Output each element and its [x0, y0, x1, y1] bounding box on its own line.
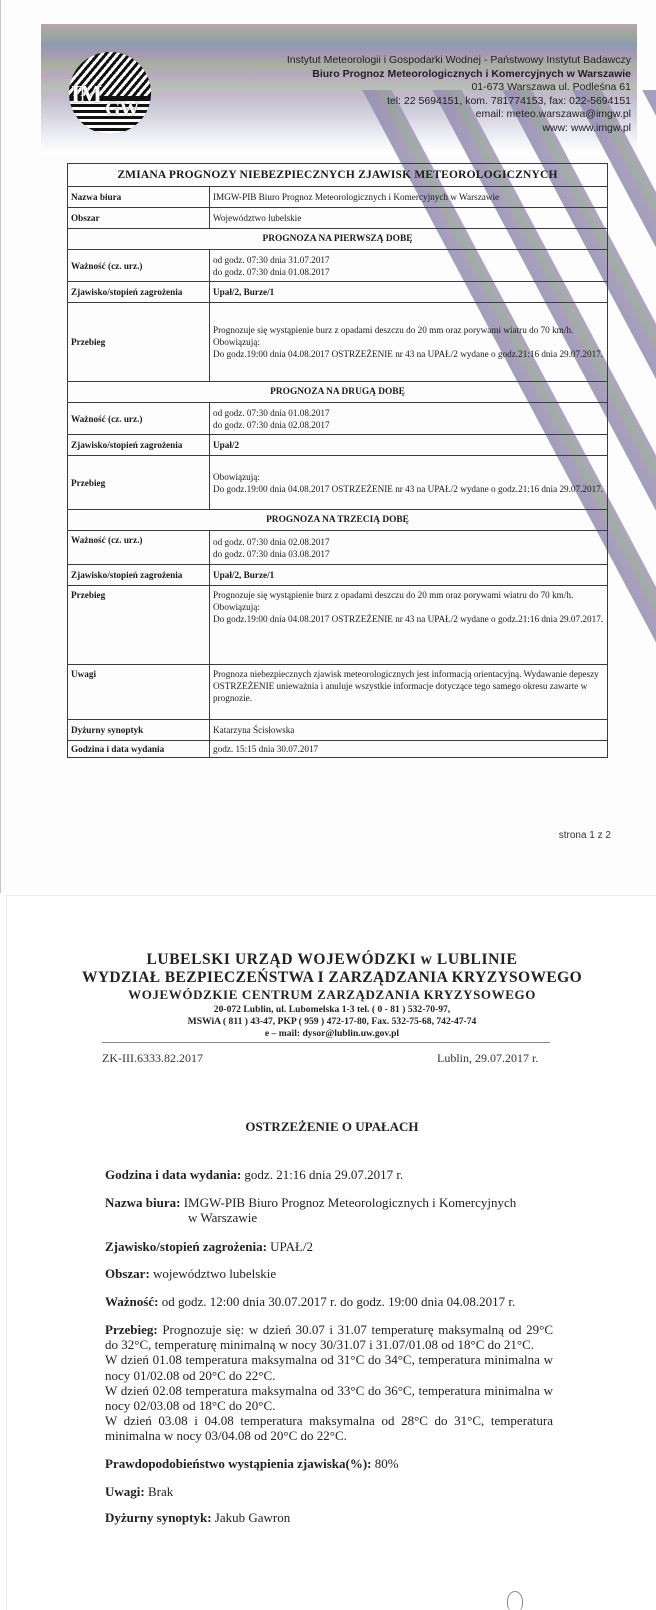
- field-course: Przebieg: Prognozuje się: w dzień 30.07 …: [105, 1322, 553, 1444]
- letterhead-line-1: LUBELSKI URZĄD WOJEWÓDZKI w LUBLINIE: [7, 951, 656, 969]
- day1-validity-to: do godz. 07:30 dnia 01.08.2017: [213, 266, 604, 278]
- office-value: IMGW-PIB Biuro Prognoz Meteorologicznych…: [210, 187, 608, 208]
- issued-label: Godzina i data wydania:: [105, 1167, 241, 1182]
- signature-mark: [507, 1591, 523, 1610]
- day3-validity-value: od godz. 07:30 dnia 02.08.2017 do godz. …: [210, 531, 608, 565]
- letterhead-divider: [102, 1042, 550, 1043]
- course-first: Prognozuje się: w dzień 30.07 i 31.07 te…: [105, 1322, 553, 1352]
- remarks-label: Uwagi:: [105, 1484, 145, 1499]
- day1-course-value: Prognozuje się wystąpienie burz z opadam…: [210, 303, 608, 382]
- day1-course-line: Do godz.19:00 dnia 04.08.2017 OSTRZEŻENI…: [213, 348, 604, 360]
- area-label: Obszar: [68, 208, 210, 229]
- day2-course-line: Do godz.19:00 dnia 04.08.2017 OSTRZEŻENI…: [213, 483, 604, 495]
- issued-value: godz. 21:16 dnia 29.07.2017 r.: [244, 1167, 403, 1182]
- letterhead-address: 20-072 Lublin, ul. Lubomelska 1-3 tel. (…: [7, 1004, 656, 1015]
- remarks-value: Prognoza niebezpiecznych zjawisk meteoro…: [210, 665, 608, 720]
- area-value: Województwo lubelskie: [210, 208, 608, 229]
- area-label: Obszar:: [105, 1266, 150, 1281]
- table-title: ZMIANA PROGNOZY NIEBEZPIECZNYCH ZJAWISK …: [68, 164, 608, 187]
- reference-number: ZK-III.6333.82.2017: [102, 1051, 203, 1066]
- remarks-label: Uwagi: [68, 665, 210, 720]
- probability-value: 80%: [375, 1456, 399, 1471]
- field-office: Nazwa biura: IMGW-PIB Biuro Prognoz Mete…: [105, 1195, 553, 1225]
- day3-course-value: Prognozuje się wystąpienie burz z opadam…: [210, 586, 608, 665]
- course-line: W dzień 03.08 i 04.08 temperatura maksym…: [105, 1413, 553, 1443]
- day2-validity-from: od godz. 07:30 dnia 01.08.2017: [213, 407, 604, 419]
- logo-text-im: IM: [71, 82, 101, 109]
- day1-course-line: Obowiązują:: [213, 336, 604, 348]
- forecaster-label: Dyżurny synoptyk: [68, 720, 210, 741]
- day2-validity-value: od godz. 07:30 dnia 01.08.2017 do godz. …: [210, 403, 608, 435]
- field-phenomenon: Zjawisko/stopień zagrożenia: UPAŁ/2: [105, 1239, 553, 1254]
- office-value-1: IMGW-PIB Biuro Prognoz Meteorologicznych…: [184, 1195, 517, 1210]
- forecaster-value: Jakub Gawron: [215, 1510, 290, 1525]
- field-issued: Godzina i data wydania: godz. 21:16 dnia…: [105, 1167, 553, 1182]
- day1-course-label: Przebieg: [68, 303, 210, 382]
- probability-label: Prawdopodobieństwo wystąpienia zjawiska(…: [105, 1456, 372, 1471]
- institute-address: 01-673 Warszawa ul. Podleśna 61: [287, 81, 631, 95]
- office-value-2: w Warszawie: [105, 1210, 553, 1225]
- forecaster-value: Katarzyna Ścisłowska: [210, 720, 608, 741]
- day3-validity-from: od godz. 07:30 dnia 02.08.2017: [213, 536, 604, 548]
- day1-phenomenon-value: Upał/2, Burze/1: [210, 282, 608, 303]
- day2-course-line: Obowiązują:: [213, 471, 604, 483]
- day3-header: PROGNOZA NA TRZECIĄ DOBĘ: [68, 510, 608, 531]
- phenomenon-label: Zjawisko/stopień zagrożenia:: [105, 1239, 267, 1254]
- forecast-table: ZMIANA PROGNOZY NIEBEZPIECZNYCH ZJAWISK …: [67, 163, 608, 758]
- day1-course-line: Prognozuje się wystąpienie burz z opadam…: [213, 324, 604, 336]
- day1-validity-value: od godz. 07:30 dnia 31.07.2017 do godz. …: [210, 250, 608, 282]
- imgw-logo-icon: IM GW: [69, 52, 151, 134]
- issued-value: godz. 15:15 dnia 30.07.2017: [210, 741, 608, 758]
- day1-phenomenon-label: Zjawisko/stopień zagrożenia: [68, 282, 210, 303]
- forecaster-label: Dyżurny synoptyk:: [105, 1510, 212, 1525]
- day2-header: PROGNOZA NA DRUGĄ DOBĘ: [68, 382, 608, 403]
- warning-title: OSTRZEŻENIE O UPAŁACH: [7, 1119, 656, 1135]
- institute-phone: tel: 22 5694151, kom. 781774153, fax: 02…: [287, 95, 631, 109]
- office-label: Nazwa biura:: [105, 1195, 180, 1210]
- institute-www[interactable]: www: www.imgw.pl: [287, 122, 631, 136]
- day2-phenomenon-value: Upał/2: [210, 435, 608, 456]
- course-line: W dzień 02.08 temperatura maksymalna od …: [105, 1383, 553, 1413]
- day3-phenomenon-label: Zjawisko/stopień zagrożenia: [68, 565, 210, 586]
- office-label: Nazwa biura: [68, 187, 210, 208]
- validity-value: od godz. 12:00 dnia 30.07.2017 r. do god…: [162, 1294, 516, 1309]
- field-area: Obszar: województwo lubelskie: [105, 1266, 553, 1281]
- issued-label: Godzina i data wydania: [68, 741, 210, 758]
- institute-info: Instytut Meteorologii i Gospodarki Wodne…: [287, 54, 631, 136]
- course-line: W dzień 01.08 temperatura maksymalna od …: [105, 1352, 553, 1382]
- validity-label: Ważność:: [105, 1294, 158, 1309]
- day2-course-value: Obowiązują: Do godz.19:00 dnia 04.08.201…: [210, 456, 608, 510]
- course-label: Przebieg:: [105, 1322, 158, 1337]
- bureau-name: Biuro Prognoz Meteorologicznych i Komerc…: [287, 68, 631, 82]
- page-number: strona 1 z 2: [559, 830, 611, 841]
- day2-validity-to: do godz. 07:30 dnia 02.08.2017: [213, 419, 604, 431]
- day3-phenomenon-value: Upał/2, Burze/1: [210, 565, 608, 586]
- day3-course-line: Prognozuje się wystąpienie burz z opadam…: [213, 589, 604, 601]
- day3-validity-to: do godz. 07:30 dnia 03.08.2017: [213, 548, 604, 560]
- letterhead-line-2: WYDZIAŁ BEZPIECZEŃSTWA I ZARZĄDZANIA KRY…: [7, 969, 656, 987]
- phenomenon-value: UPAŁ/2: [270, 1239, 313, 1254]
- day3-course-line: Obowiązują:: [213, 601, 604, 613]
- page-1: IM GW Instytut Meteorologii i Gospodarki…: [0, 0, 656, 893]
- institute-email[interactable]: email: meteo.warszawa@imgw.pl: [287, 108, 631, 122]
- day2-phenomenon-label: Zjawisko/stopień zagrożenia: [68, 435, 210, 456]
- field-forecaster: Dyżurny synoptyk: Jakub Gawron: [105, 1510, 553, 1525]
- field-validity: Ważność: od godz. 12:00 dnia 30.07.2017 …: [105, 1294, 553, 1309]
- letterhead-phones: MSWiA ( 811 ) 43-47, PKP ( 959 ) 472-17-…: [7, 1016, 656, 1027]
- letterhead-email[interactable]: e – mail: dysor@lublin.uw.gov.pl: [7, 1028, 656, 1039]
- day1-validity-from: od godz. 07:30 dnia 31.07.2017: [213, 254, 604, 266]
- day1-validity-label: Ważność (cz. urz.): [68, 250, 210, 282]
- remarks-value: Brak: [148, 1484, 173, 1499]
- day1-header: PROGNOZA NA PIERWSZĄ DOBĘ: [68, 229, 608, 250]
- institute-name: Instytut Meteorologii i Gospodarki Wodne…: [287, 54, 631, 68]
- field-remarks: Uwagi: Brak: [105, 1484, 553, 1499]
- day3-validity-label: Ważność (cz. urz.): [68, 531, 210, 565]
- letterhead-line-3: WOJEWÓDZKIE CENTRUM ZARZĄDZANIA KRYZYSOW…: [7, 987, 656, 1003]
- day2-validity-label: Ważność (cz. urz.): [68, 403, 210, 435]
- field-probability: Prawdopodobieństwo wystąpienia zjawiska(…: [105, 1456, 553, 1471]
- area-value: województwo lubelskie: [153, 1266, 276, 1281]
- day3-course-line: Do godz.19:00 dnia 04.08.2017 OSTRZEŻENI…: [213, 613, 604, 625]
- page-2: LUBELSKI URZĄD WOJEWÓDZKI w LUBLINIE WYD…: [6, 895, 656, 1610]
- day2-course-label: Przebieg: [68, 456, 210, 510]
- place-date: Lublin, 29.07.2017 r.: [437, 1051, 538, 1066]
- day3-course-label: Przebieg: [68, 586, 210, 665]
- logo-text-gw: GW: [105, 98, 139, 121]
